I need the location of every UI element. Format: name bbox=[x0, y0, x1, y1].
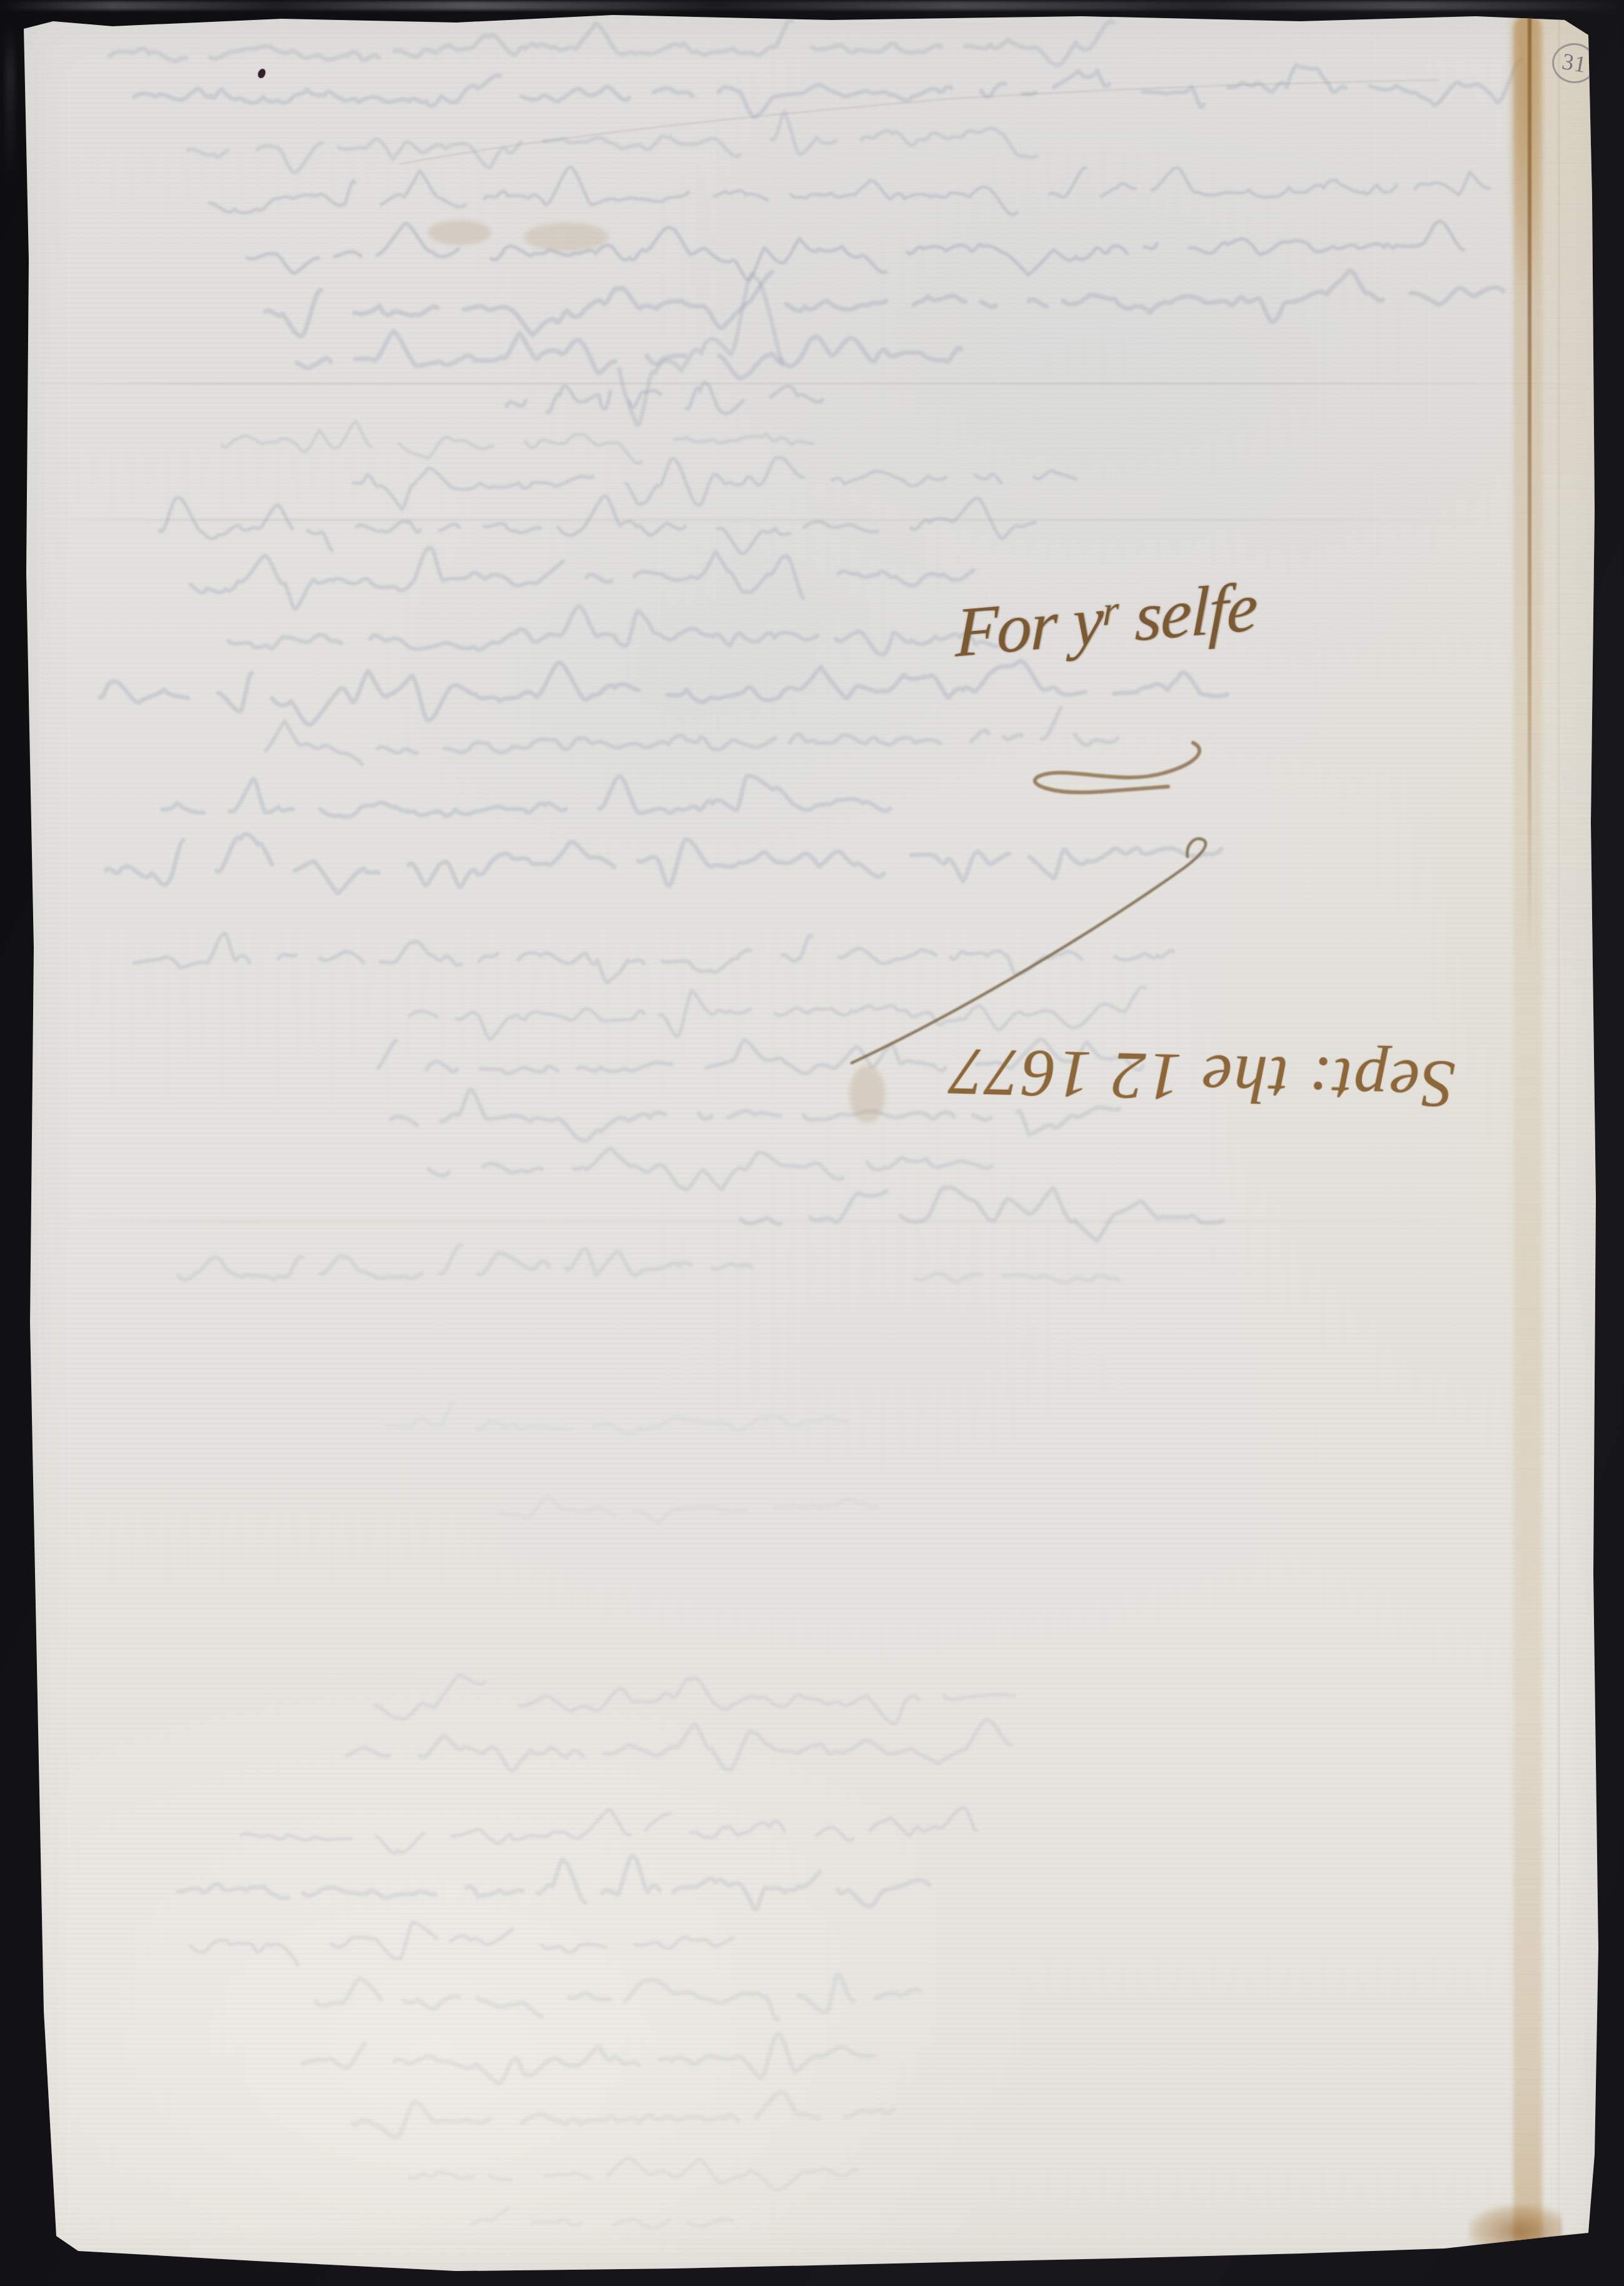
bleedthrough-stroke bbox=[410, 2158, 857, 2190]
right-margin-tan-wash bbox=[1540, 15, 1603, 990]
bleedthrough-stroke bbox=[106, 834, 1221, 894]
bleedthrough-stroke bbox=[159, 496, 1035, 554]
horizontal-fold-crease-middle bbox=[38, 519, 1495, 521]
bleedthrough-stroke bbox=[134, 934, 1173, 983]
bleedthrough-stroke bbox=[134, 59, 1522, 117]
backdrop-scratch-left bbox=[5, 25, 15, 188]
bleedthrough-stroke bbox=[188, 111, 1037, 173]
bleedthrough-stroke bbox=[297, 331, 961, 378]
bleedthrough-stroke bbox=[428, 1149, 992, 1190]
inscription-docket-date: Sept: the 12 1677 bbox=[912, 992, 1491, 1163]
bleedthrough-stroke bbox=[178, 1245, 751, 1279]
stain-strip-bottom-blob bbox=[1468, 2205, 1562, 2252]
bleedthrough-stroke bbox=[191, 1922, 734, 1965]
manuscript-leaf: For yr selfe Sept: the 12 1677 31 bbox=[19, 10, 1603, 2280]
bleedthrough-stroke bbox=[209, 167, 1490, 215]
bleedthrough-stroke bbox=[353, 2092, 894, 2137]
bleedthrough-stroke bbox=[303, 2034, 874, 2083]
bleedthrough-stroke bbox=[741, 1187, 1223, 1241]
horizontal-fold-crease-lower bbox=[56, 1221, 1495, 1222]
bleedthrough-stroke bbox=[228, 607, 1002, 655]
tan-smudge bbox=[428, 220, 491, 245]
inscription-for-yourself-prefix: For y bbox=[955, 581, 1103, 672]
bleedthrough-stroke bbox=[472, 2208, 732, 2228]
bleedthrough-stroke bbox=[241, 1808, 977, 1853]
bleedthrough-stroke bbox=[266, 708, 1117, 764]
backdrop-scratch-streaks bbox=[0, 1, 1624, 10]
tan-smudge bbox=[524, 223, 608, 251]
bleedthrough-stroke bbox=[178, 1856, 929, 1910]
bleedthrough-stroke bbox=[347, 1720, 1011, 1771]
photograph-backdrop: For yr selfe Sept: the 12 1677 31 bbox=[0, 0, 1624, 2286]
bleedthrough-stroke bbox=[388, 1402, 847, 1434]
bleedthrough-stroke bbox=[316, 1975, 920, 2020]
bleedthrough-stroke bbox=[353, 457, 1076, 509]
bleedthrough-stroke bbox=[109, 20, 1113, 65]
tan-smudge bbox=[849, 1065, 885, 1123]
bleedthrough-stroke bbox=[916, 1273, 1119, 1282]
bleedthrough-stroke bbox=[619, 274, 782, 425]
diagonal-crease-line bbox=[400, 80, 1438, 164]
bleedthrough-stroke bbox=[191, 548, 974, 609]
bleedthrough-stroke bbox=[222, 421, 813, 463]
horizontal-fold-crease-upper bbox=[31, 383, 1585, 385]
ink-spot bbox=[257, 68, 266, 79]
bleedthrough-stroke bbox=[375, 1675, 1014, 1724]
bleedthrough-stroke bbox=[247, 221, 1464, 280]
inscription-for-yourself: For yr selfe bbox=[955, 571, 1257, 668]
inscription-for-yourself-superscript: r bbox=[1102, 587, 1119, 635]
bleedthrough-stroke bbox=[507, 383, 823, 413]
bleedthrough-stroke bbox=[500, 1496, 876, 1523]
stain-strip-top-smear bbox=[1508, 15, 1543, 284]
folio-number: 31 bbox=[1560, 49, 1588, 76]
bleedthrough-stroke bbox=[100, 661, 1228, 725]
bleedthrough-stroke bbox=[266, 271, 1503, 336]
bleedthrough-stroke bbox=[163, 776, 890, 817]
flourish-under-inscription bbox=[1035, 743, 1199, 792]
inscription-for-yourself-suffix: selfe bbox=[1118, 568, 1258, 658]
